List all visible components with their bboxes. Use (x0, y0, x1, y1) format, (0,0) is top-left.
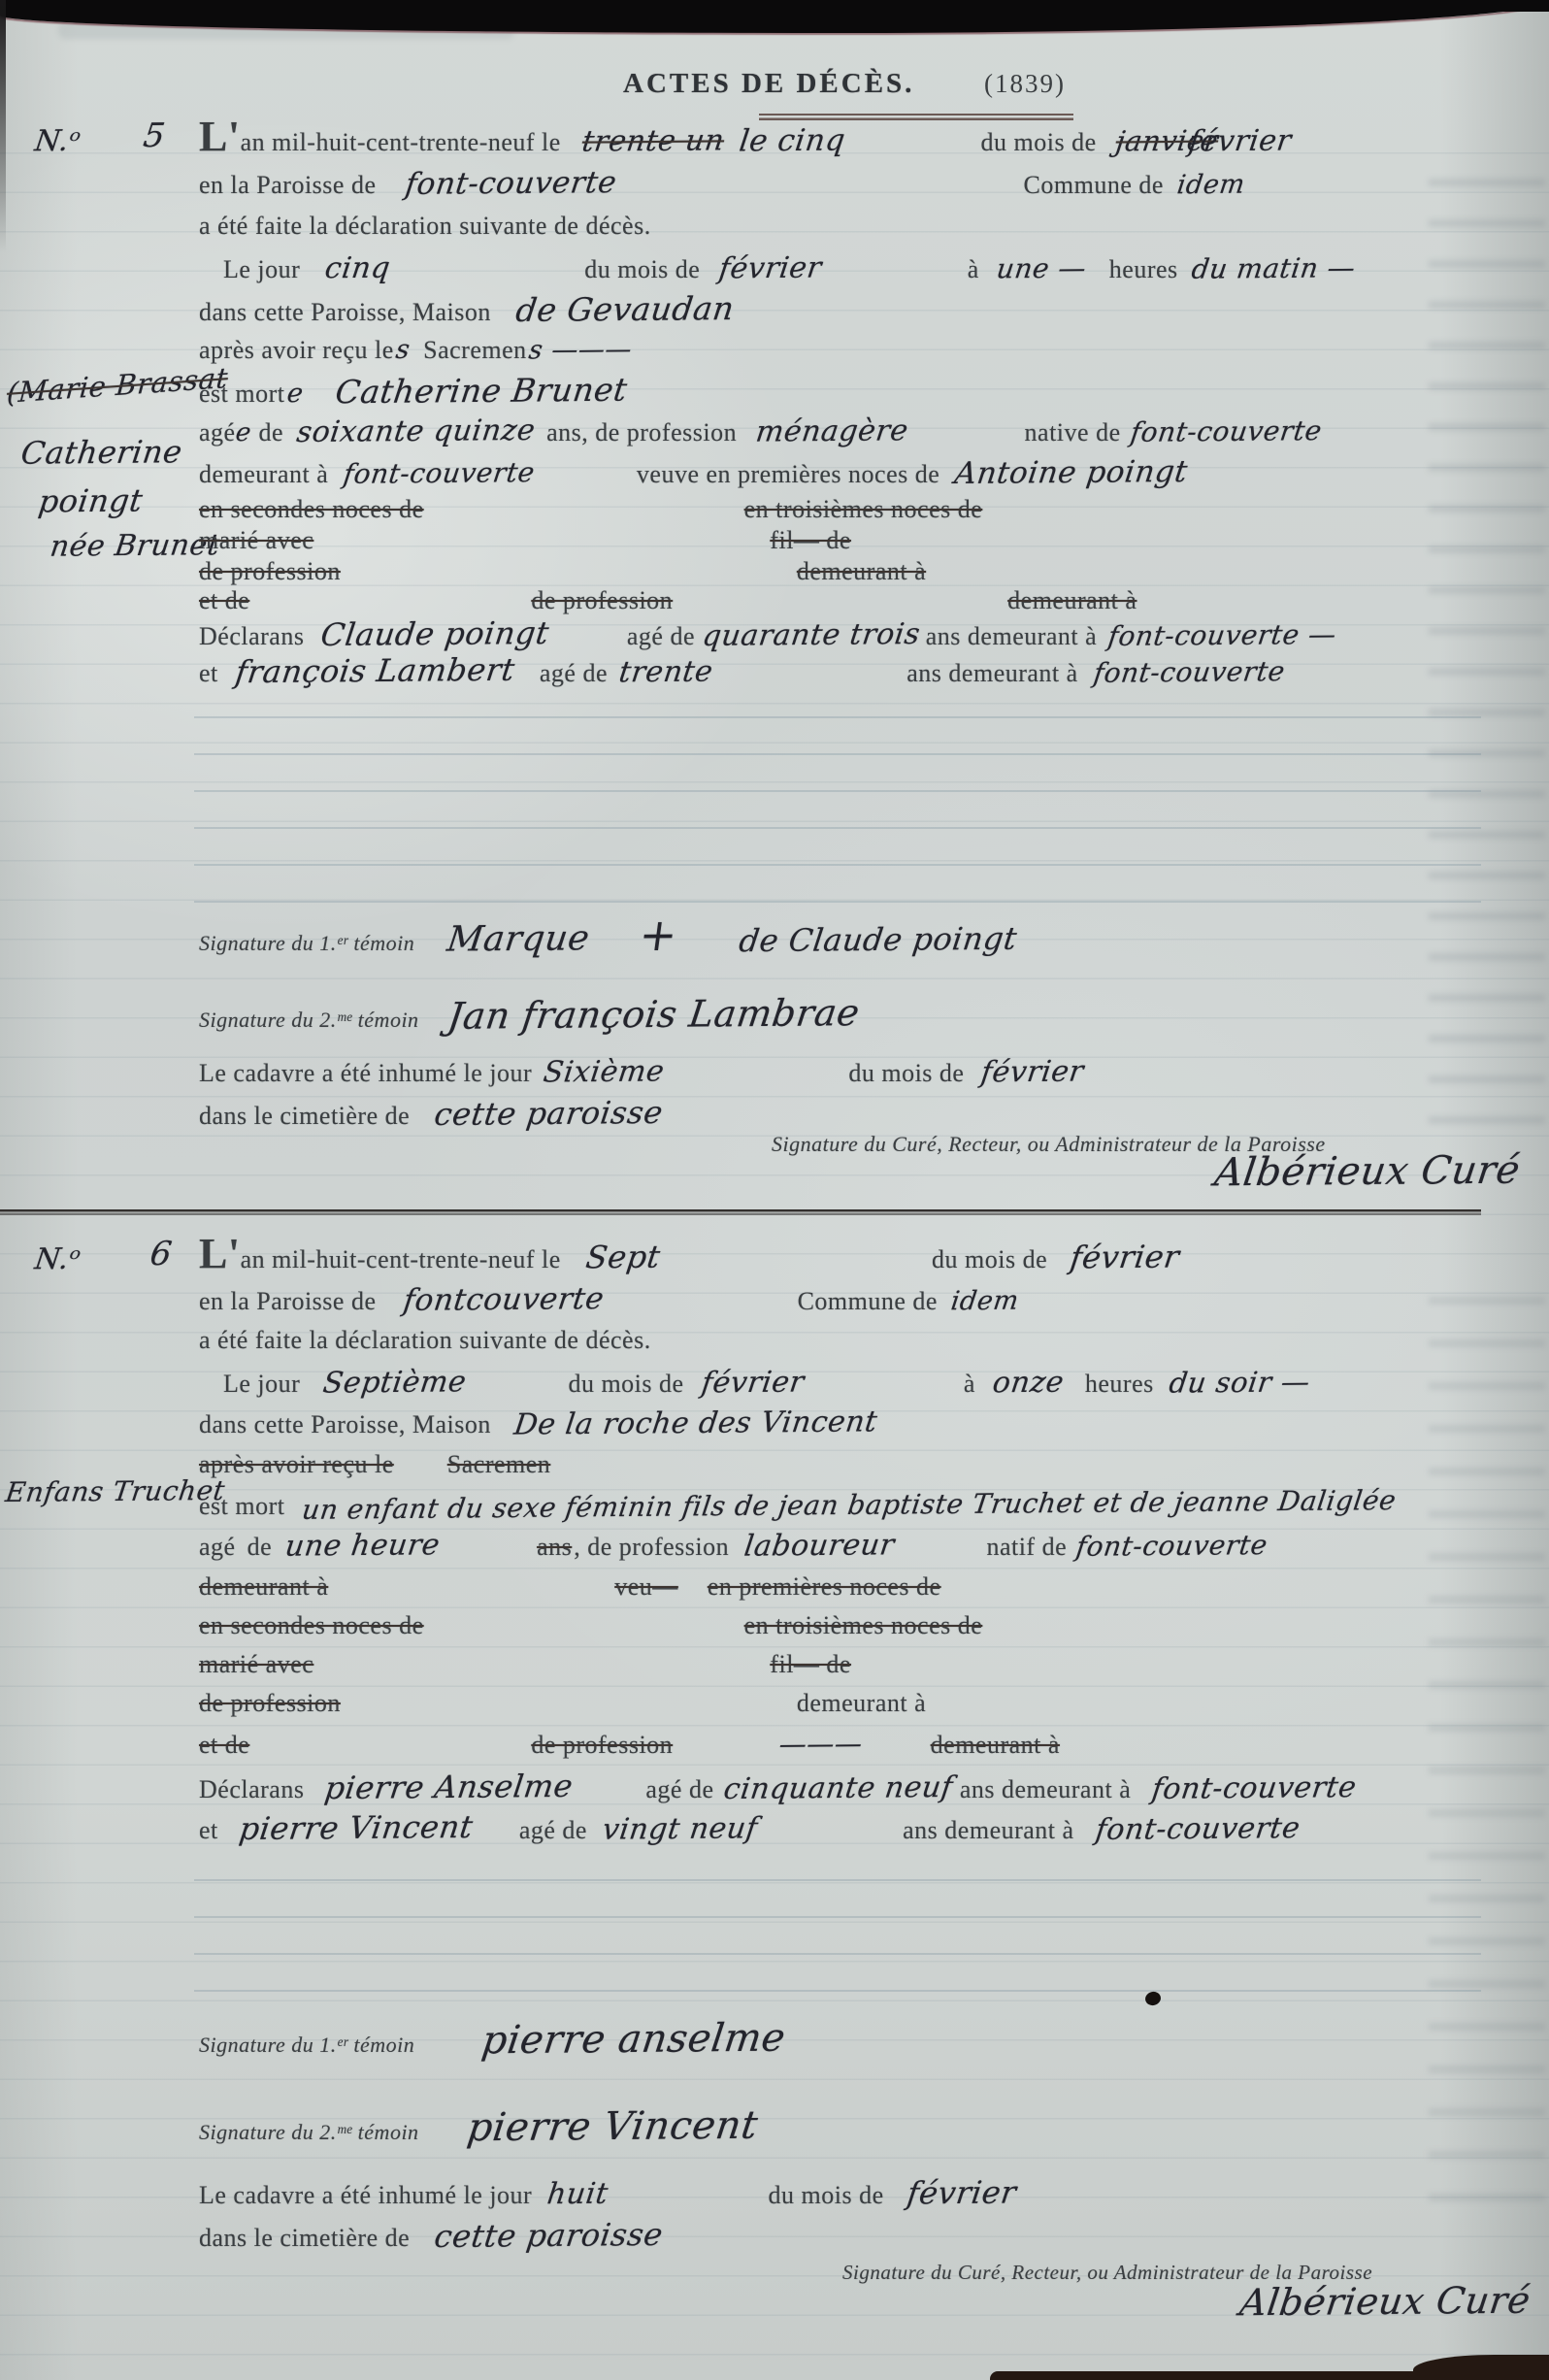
printed-text: Commune de (798, 1287, 938, 1315)
printed-text: demeurant à (797, 1689, 926, 1717)
printed-text: agé de (627, 622, 695, 650)
handwritten-text: soixante quinze (294, 413, 537, 451)
printed-text: Sacremen (423, 336, 527, 364)
handwritten-text: font-couverte (1074, 1527, 1270, 1566)
handwritten-text: françois Lambert (233, 651, 516, 691)
handwritten-text: cinquante neuf (721, 1769, 955, 1808)
form-line: Le cadavre a été inhumé le jourhuitdu mo… (199, 2174, 1016, 2215)
handwritten-text: trente (616, 654, 714, 692)
handwritten-text: Jan françois Lambrae (445, 994, 862, 1035)
bleed-smudge (1429, 146, 1545, 1136)
handwritten-text: du matin — (1189, 249, 1357, 287)
printed-text: et de (199, 586, 249, 614)
printed-text: en la Paroisse de (199, 1287, 377, 1315)
handwritten-text: cette paroisse (433, 2216, 666, 2255)
printed-text: L'an mil-huit-cent-trente-neuf le (199, 124, 561, 161)
printed-text: à (968, 255, 979, 283)
printed-text: et de (199, 1731, 249, 1759)
printed-text: de profession (531, 586, 673, 614)
margin-note: poingt (36, 482, 145, 520)
handwritten-text: ——— (777, 1726, 866, 1764)
handwritten-text: Sixième (542, 1053, 667, 1091)
handwritten-text: de Claude poingt (738, 920, 1020, 959)
printed-text: Le cadavre a été inhumé le jour (199, 2181, 532, 2209)
printed-text: Le cadavre a été inhumé le jour (199, 1059, 532, 1087)
handwritten-text: font-couverte (1128, 413, 1324, 451)
printed-text: du mois de (932, 1245, 1047, 1273)
handwritten-text: février (717, 250, 824, 288)
printed-text: ans (537, 1533, 572, 1561)
handwritten-text: e (233, 414, 253, 451)
handwritten-text: pierre Anselme (323, 1768, 576, 1806)
printed-text: Signature du 1.ᵉʳ témoin (199, 2033, 414, 2057)
form-line: dans cette Paroisse, MaisonDe la roche d… (199, 1405, 876, 1446)
printed-text: du mois de (981, 128, 1097, 156)
handwritten-text: Septième (321, 1364, 469, 1402)
form-line: a été faite la déclaration suivante de d… (199, 208, 651, 248)
form-line: Signature du 1.ᵉʳ témoinMarque+de Claude… (199, 916, 1017, 957)
printed-text: après avoir reçu le (199, 336, 394, 364)
record-number-label: N.ᵒ (33, 124, 83, 158)
printed-text: en troisièmes noces de (744, 495, 983, 523)
scan-edge-corner (1413, 2355, 1549, 2380)
handwritten-text: font-couverte (1093, 1810, 1302, 1849)
printed-text: de profession (199, 557, 341, 585)
form-line: dans le cimetière decette paroisse (199, 2217, 663, 2258)
printed-text: de profession (531, 1731, 673, 1759)
printed-text: ans, de profession (546, 418, 737, 446)
printed-text: L'an mil-huit-cent-trente-neuf le (199, 1241, 561, 1278)
printed-text: a été faite la déclaration suivante de d… (199, 212, 651, 240)
printed-text: veu— (614, 1572, 678, 1601)
printed-text: du mois de (769, 2181, 884, 2209)
printed-text: demeurant à (797, 557, 926, 585)
printed-text: demeurant à (199, 460, 328, 488)
printed-text: et (199, 1816, 218, 1844)
form-line: Déclaranspierre Anselmeagé decinquante n… (199, 1768, 1356, 1809)
printed-text: heures (1109, 255, 1178, 283)
scan-edge-top (0, 0, 1549, 12)
page-title: ACTES DE DÉCÈS. (623, 68, 914, 100)
ink-dot (1144, 1990, 1163, 2006)
form-line: demeurant àveu—en premières noces de (199, 1569, 941, 1609)
handwritten-text: février (1186, 123, 1293, 161)
handwritten-text: font-couverte (403, 164, 618, 203)
handwritten-text: février (905, 2174, 1018, 2212)
printed-text: du mois de (848, 1059, 964, 1087)
printed-text: fil— de (770, 526, 851, 554)
form-line: agédeune heureans, de professionlaboureu… (199, 1528, 1268, 1569)
printed-text: Signature du 2.ᵐᵉ témoin (199, 1008, 419, 1032)
form-line: après avoir reçu lesSacremens ——— (199, 332, 632, 373)
form-line: en la Paroisse defont-couverteCommune de… (199, 165, 1244, 206)
printed-text: heures (1085, 1370, 1154, 1398)
margin-note: Catherine (18, 433, 184, 471)
margin-note: (Marie Brassat (6, 361, 229, 410)
printed-text: Commune de (1024, 171, 1164, 199)
handwritten-text: Antoine poingt (953, 453, 1191, 492)
blank-ruled-area (194, 1844, 1481, 2024)
header-rule (759, 114, 1073, 120)
printed-text: ans demeurant à (906, 659, 1077, 687)
handwritten-text: Albérieux Curé (1212, 1152, 1522, 1192)
printed-text: est mort (199, 1492, 285, 1520)
handwritten-text: trente un (579, 122, 726, 160)
form-line: et dede profession———demeurant à (199, 1726, 1060, 1767)
printed-text: du mois de (584, 255, 700, 283)
printed-text: ans demeurant à (926, 622, 1097, 650)
printed-text: demeurant à (931, 1731, 1060, 1759)
form-line: dans le cimetière decette paroisse (199, 1095, 663, 1136)
printed-text: Déclarans (199, 622, 304, 650)
form-line: demeurant àfont-couverteveuve en premièr… (199, 454, 1188, 495)
form-line: Signature du 2.ᵐᵉ témoinpierre Vincent (199, 2108, 757, 2149)
form-line: Le cadavre a été inhumé le jourSixièmedu… (199, 1054, 1084, 1095)
form-line: etpierre Vincentagé devingt neufans deme… (199, 1809, 1300, 1850)
printed-text: agé (199, 418, 236, 446)
handwritten-text: font-couverte (342, 454, 538, 493)
printed-text: dans le cimetière de (199, 2224, 410, 2252)
form-line: est mortun enfant du sexe féminin fils d… (199, 1487, 1395, 1528)
printed-text: en secondes noces de (199, 1611, 424, 1639)
form-line: Albérieux Curé (1240, 2283, 1530, 2324)
printed-text: fil— de (770, 1650, 851, 1678)
printed-text: dans le cimetière de (199, 1102, 410, 1130)
margin-note: née Brunet (49, 528, 222, 564)
printed-text: de (247, 1533, 273, 1561)
printed-text: en la Paroisse de (199, 171, 377, 199)
record-divider (0, 1209, 1481, 1215)
form-line: après avoir reçu leSacremen (199, 1446, 550, 1487)
printed-text: Déclarans (199, 1775, 304, 1803)
form-line: marié avecfil— de (199, 1646, 851, 1687)
handwritten-text: + (638, 916, 680, 953)
form-line: est morteCatherine Brunet (199, 373, 627, 413)
printed-text: agé de (519, 1816, 587, 1844)
scan-edge-left (0, 0, 6, 252)
handwritten-text: un enfant du sexe féminin fils de jean b… (299, 1482, 1398, 1529)
printed-text: dans cette Paroisse, Maison (199, 1410, 491, 1438)
printed-text: a été faite la déclaration suivante de d… (199, 1326, 651, 1354)
handwritten-text: du soir — (1167, 1363, 1312, 1401)
form-line: agéedesoixante quinzeans, de professionm… (199, 413, 1321, 454)
handwritten-text: s ——— (526, 332, 634, 370)
printed-text: après avoir reçu le (199, 1450, 394, 1478)
bleed-smudge (1429, 1262, 1545, 2232)
printed-text: du mois de (568, 1370, 683, 1398)
printed-text: veuve en premières noces de (637, 460, 939, 488)
handwritten-text: font-couverte — (1106, 616, 1339, 655)
form-line: Signature du 1.ᵉʳ témoinpierre anselme (199, 2021, 785, 2062)
form-line: Le jourSeptièmedu mois defévrieràonzeheu… (223, 1364, 1309, 1405)
handwritten-text: quarante trois (700, 616, 922, 655)
form-line: DéclaransClaude poingtagé dequarante tro… (199, 615, 1336, 656)
form-line: L'an mil-huit-cent-trente-neuf letrente … (199, 122, 1291, 163)
printed-text: natif de (986, 1533, 1067, 1561)
handwritten-text: font-couverte (1091, 653, 1287, 692)
handwritten-text: Sept (583, 1239, 662, 1276)
printed-text: ans demeurant à (960, 1775, 1131, 1803)
form-line: en la Paroisse defontcouverteCommune dei… (199, 1281, 1018, 1322)
handwritten-text: février (1069, 1239, 1182, 1276)
form-line: Le jourcinqdu mois defévrieràune —heures… (223, 250, 1355, 291)
handwritten-text: huit (545, 2176, 610, 2214)
form-line: Signature du 2.ᵐᵉ témoinJan françois Lam… (199, 996, 859, 1037)
handwritten-text: Catherine Brunet (333, 372, 629, 412)
handwritten-text: février (979, 1054, 1086, 1092)
form-line: a été faite la déclaration suivante de d… (199, 1322, 651, 1363)
form-line: L'an mil-huit-cent-trente-neuf leSeptdu … (199, 1239, 1179, 1279)
record-number: 6 (148, 1235, 174, 1273)
printed-text: agé de (645, 1775, 713, 1803)
handwritten-text: fontcouverte (401, 1280, 606, 1319)
handwritten-text: De la roche des Vincent (511, 1404, 879, 1443)
printed-text: est mort (199, 380, 285, 408)
handwritten-text: Albérieux Curé (1237, 2282, 1533, 2322)
handwritten-text: pierre Vincent (237, 1808, 475, 1847)
form-line: Albérieux Curé (1215, 1153, 1520, 1194)
handwritten-text: février (699, 1365, 806, 1403)
handwritten-text: pierre anselme (480, 2020, 788, 2060)
handwritten-text: vingt neuf (600, 1810, 759, 1848)
record-number-label: N.ᵒ (33, 1242, 83, 1276)
handwritten-text: idem (1174, 167, 1247, 205)
handwritten-text: onze (990, 1365, 1066, 1403)
printed-text: demeurant à (199, 1572, 328, 1601)
handwritten-text: le cinq (737, 122, 847, 160)
handwritten-text: s (393, 332, 412, 369)
handwritten-text: idem (948, 1283, 1021, 1321)
form-line: dans cette Paroisse, Maisonde Gevaudan (199, 291, 734, 332)
printed-text: agé de (540, 659, 608, 687)
handwritten-text: une — (994, 250, 1088, 288)
printed-text: agé (199, 1533, 236, 1561)
printed-text: ans demeurant à (903, 1816, 1073, 1844)
handwritten-text: pierre Vincent (465, 2107, 760, 2147)
printed-text: en secondes noces de (199, 495, 424, 523)
handwritten-text: de Gevaudan (513, 290, 736, 329)
printed-text: en premières noces de (708, 1572, 941, 1601)
printed-text: de profession (199, 1689, 341, 1717)
handwritten-text: une heure (283, 1527, 443, 1565)
printed-text: , de profession (574, 1533, 729, 1561)
printed-text: et (199, 659, 218, 687)
printed-text: demeurant à (1007, 586, 1137, 614)
handwritten-text: e (284, 376, 306, 413)
printed-text: à (964, 1370, 975, 1398)
printed-text: Le jour (223, 255, 300, 283)
register-page: ACTES DE DÉCÈS. (1839) N.ᵒ5(Marie Brassa… (0, 0, 1549, 2380)
printed-text: Sacremen (447, 1450, 551, 1478)
form-line: de professiondemeurant à (199, 1685, 926, 1726)
margin-note: Enfans Truchet (4, 1474, 227, 1508)
form-line: etfrançois Lambertagé detrenteans demeur… (199, 652, 1284, 693)
printed-text: Signature du 2.ᵐᵉ témoin (199, 2120, 419, 2144)
printed-text: Signature du 1.ᵉʳ témoin (199, 931, 414, 955)
handwritten-text: Claude poingt (319, 614, 552, 653)
handwritten-text: font-couverte (1150, 1769, 1359, 1808)
printed-text: en troisièmes noces de (744, 1611, 983, 1639)
handwritten-text: Marque (445, 920, 592, 958)
printed-text: native de (1025, 418, 1121, 446)
printed-text: dans cette Paroisse, Maison (199, 298, 491, 326)
printed-text: Le jour (223, 1370, 300, 1398)
blank-ruled-area (194, 681, 1481, 914)
printed-text: de (258, 418, 283, 446)
form-line: en secondes noces deen troisièmes noces … (199, 1607, 982, 1648)
handwritten-text: laboureur (742, 1527, 898, 1565)
page-year: (1839) (984, 69, 1066, 99)
record-number: 5 (141, 116, 167, 155)
handwritten-text: ménagère (753, 413, 910, 450)
handwritten-text: cette paroisse (433, 1094, 666, 1133)
printed-text: marié avec (199, 526, 313, 554)
handwritten-text: cinq (323, 250, 393, 288)
printed-text: marié avec (199, 1650, 313, 1678)
